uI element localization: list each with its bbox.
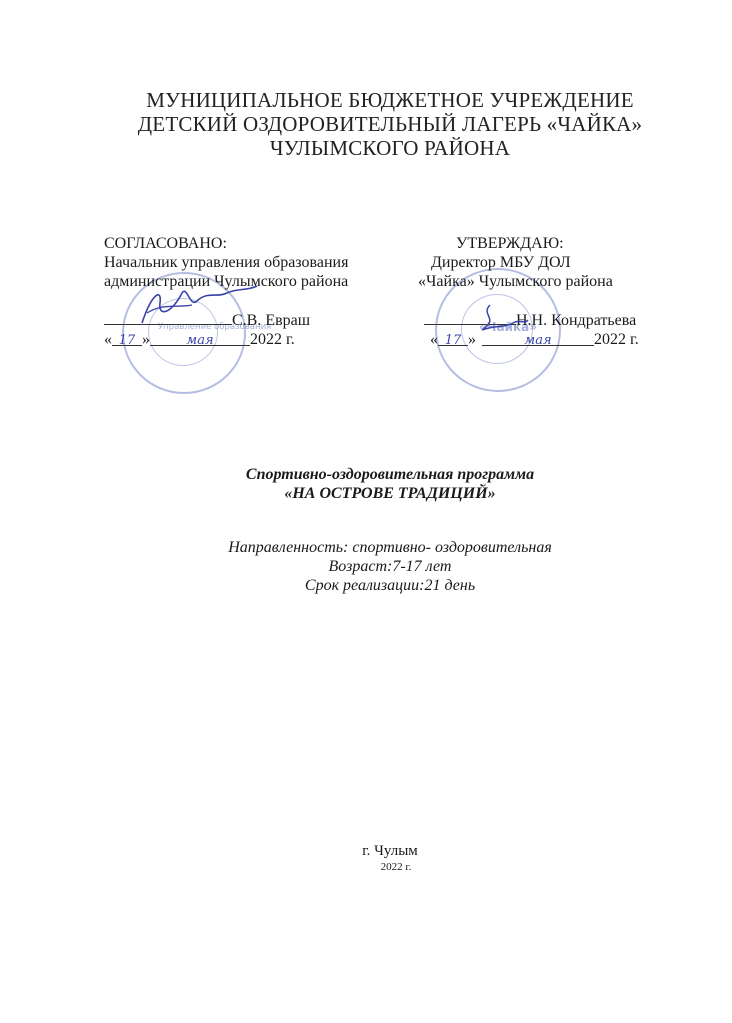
date-month: мая bbox=[150, 331, 250, 346]
approval-right-heading: УТВЕРЖДАЮ: bbox=[418, 234, 639, 253]
approval-right-signatory: Н.Н. Кондратьева bbox=[516, 312, 636, 329]
program-age: Возраст:7-17 лет bbox=[0, 557, 732, 576]
approval-left-heading: СОГЛАСОВАНО: bbox=[104, 234, 348, 253]
institution-header: МУНИЦИПАЛЬНОЕ БЮДЖЕТНОЕ УЧРЕЖДЕНИЕ ДЕТСК… bbox=[0, 88, 732, 160]
program-title: Спортивно-оздоровительная программа «НА … bbox=[0, 465, 732, 503]
approval-right-position-2: «Чайка» Чулымского района bbox=[418, 272, 639, 291]
date-year: 2022 г. bbox=[250, 331, 295, 348]
quote-close: » bbox=[142, 331, 150, 348]
program-duration: Срок реализации:21 день bbox=[0, 576, 732, 595]
signature-left-icon bbox=[132, 283, 262, 328]
program-details: Направленность: спортивно- оздоровительн… bbox=[0, 538, 732, 595]
approval-right-position-1: Директор МБУ ДОЛ bbox=[418, 253, 639, 272]
date-day: 17 bbox=[438, 331, 468, 346]
quote-open: « bbox=[104, 331, 112, 348]
header-line-2: ДЕТСКИЙ ОЗДОРОВИТЕЛЬНЫЙ ЛАГЕРЬ «ЧАЙКА» bbox=[0, 112, 732, 136]
date-day: 17 bbox=[112, 331, 142, 346]
footer-year: 2022 г. bbox=[0, 861, 732, 873]
approval-left-position-1: Начальник управления образования bbox=[104, 253, 348, 272]
program-title-line-2: «НА ОСТРОВЕ ТРАДИЦИЙ» bbox=[0, 484, 732, 503]
header-line-1: МУНИЦИПАЛЬНОЕ БЮДЖЕТНОЕ УЧРЕЖДЕНИЕ bbox=[0, 88, 732, 112]
footer-city: г. Чулым bbox=[0, 843, 732, 860]
signature-right-icon bbox=[470, 300, 530, 340]
program-direction: Направленность: спортивно- оздоровительн… bbox=[0, 538, 732, 557]
header-line-3: ЧУЛЫМСКОГО РАЙОНА bbox=[0, 136, 732, 160]
approval-left-date-row: «17»мая2022 г. bbox=[104, 330, 348, 349]
date-year: 2022 г. bbox=[594, 331, 639, 348]
program-title-line-1: Спортивно-оздоровительная программа bbox=[0, 465, 732, 484]
quote-open: « bbox=[430, 331, 438, 348]
